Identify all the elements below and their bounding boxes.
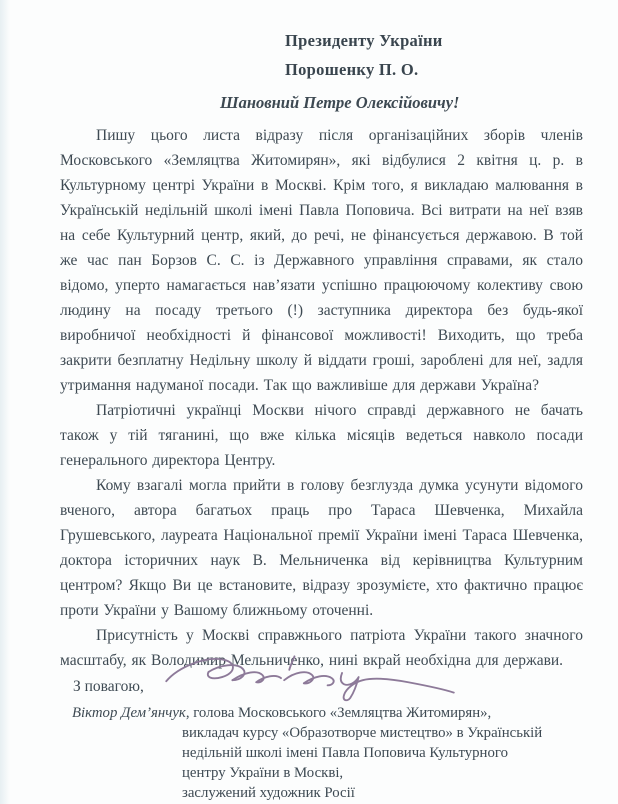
- recipient-line-1: Президенту України: [285, 26, 583, 55]
- signatory-title-line-1: викладач курсу «Образотворче мистецтво» …: [182, 723, 583, 743]
- paragraph-1: Пишу цього листа відразу після організац…: [60, 123, 583, 398]
- signatory-title-line-4: заслужений художник Росії: [182, 783, 583, 803]
- signatory-name: Віктор Дем’янчук: [72, 705, 186, 721]
- closing-phrase: З повагою,: [73, 674, 144, 700]
- signatory-titles: викладач курсу «Образотворче мистецтво» …: [182, 723, 583, 803]
- signatory-line: Віктор Дем’янчук, голова Московського «З…: [72, 703, 583, 723]
- paragraph-3: Кому взагалі могла прийти в голову безгл…: [60, 473, 583, 623]
- signatory-title-line-3: центру України в Москві,: [182, 763, 583, 783]
- signatory-title-inline: , голова Московського «Земляцтва Житомир…: [186, 705, 491, 721]
- signatory-block: Віктор Дем’янчук, голова Московського «З…: [60, 703, 583, 803]
- recipient-block: Президенту України Порошенку П. О.: [285, 26, 583, 84]
- closing-row: З повагою,: [60, 674, 583, 700]
- recipient-line-2: Порошенку П. О.: [285, 55, 583, 84]
- letter-body: Пишу цього листа відразу після організац…: [60, 123, 583, 673]
- salutation: Шановний Петре Олексійовичу!: [220, 89, 583, 116]
- letter-page: Президенту України Порошенку П. О. Шанов…: [0, 0, 618, 804]
- signatory-title-line-2: недільній школі імені Павла Поповича Кул…: [182, 743, 583, 763]
- handwritten-signature: [160, 646, 460, 704]
- paragraph-2: Патріотичні українці Москви нічого справ…: [60, 398, 583, 473]
